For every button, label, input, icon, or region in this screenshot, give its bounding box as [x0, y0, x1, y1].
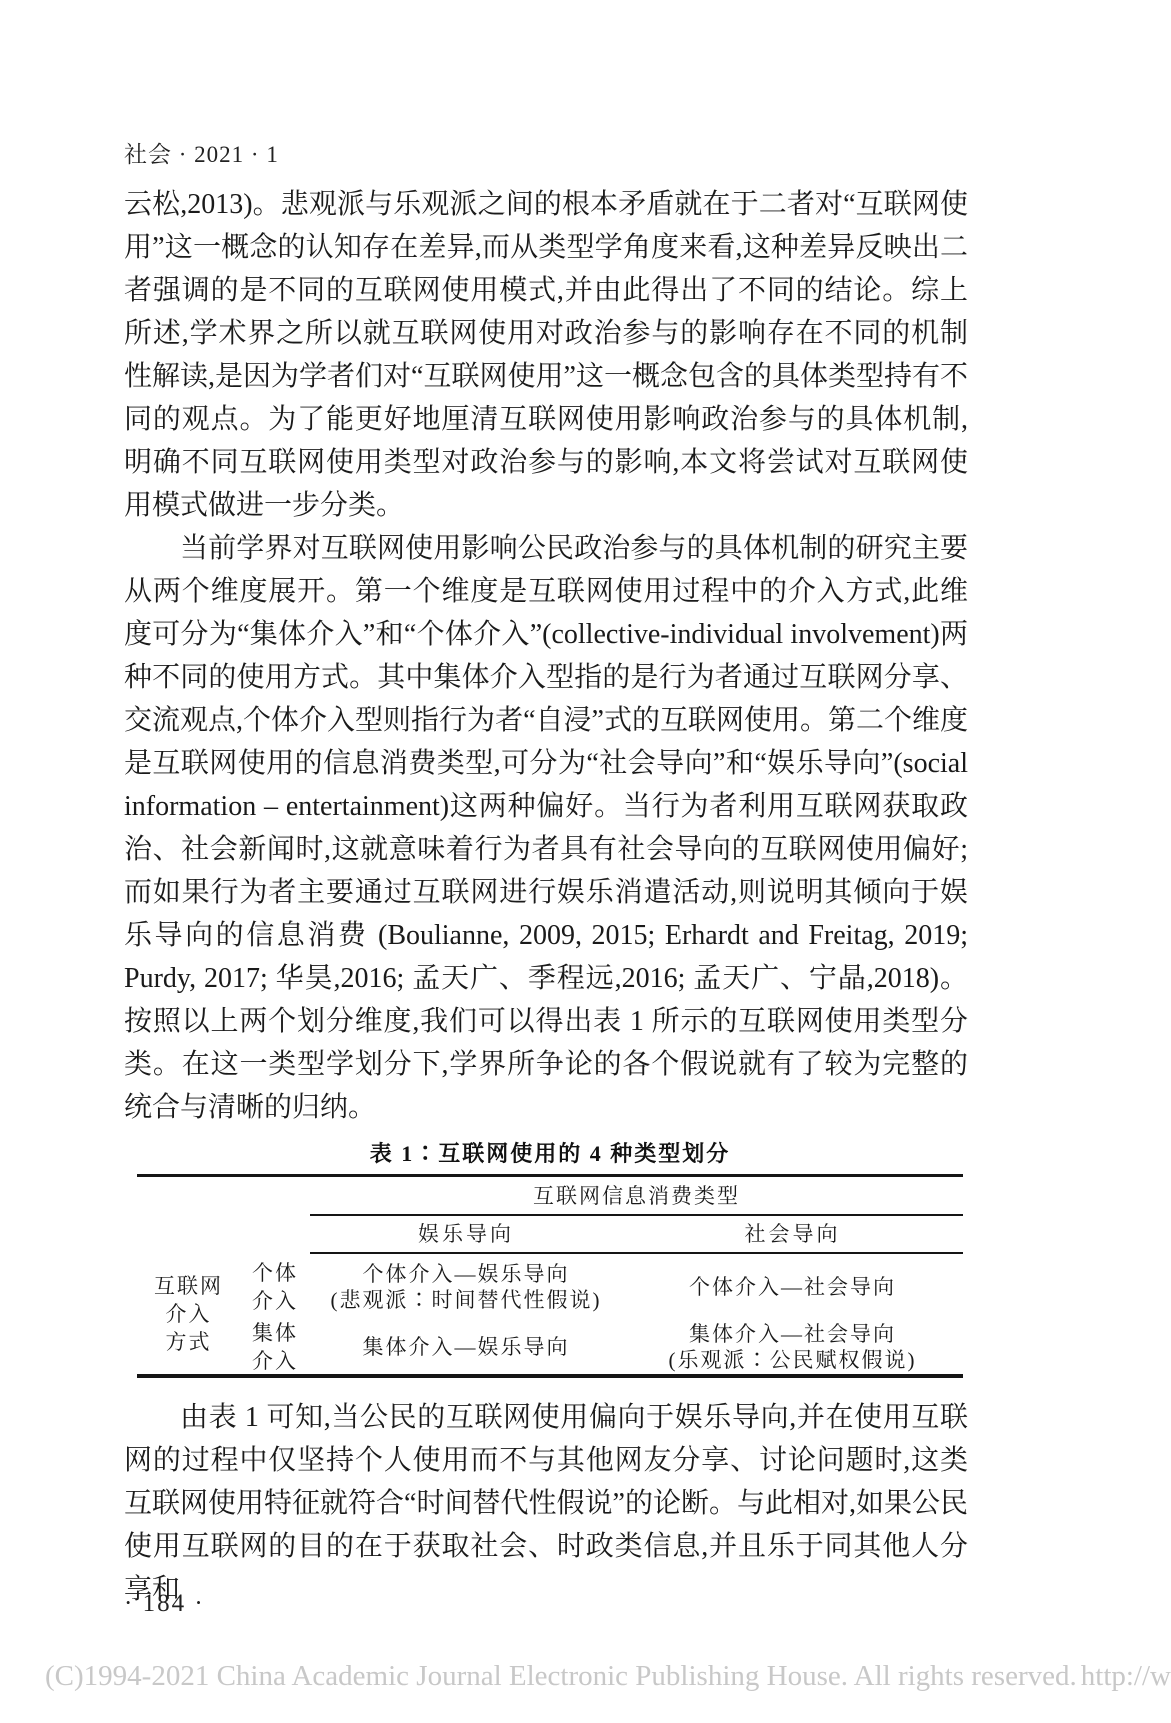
- col-header-entertainment: 娱乐导向: [310, 1216, 622, 1254]
- col-header-social: 社会导向: [622, 1216, 963, 1254]
- table-cell-individual-entertainment: 个体介入—娱乐导向 (悲观派∶时间替代性假说): [310, 1254, 622, 1320]
- cell-type-label: 个体介入—社会导向: [689, 1274, 896, 1300]
- table-cell-collective-social: 集体介入—社会导向 (乐观派∶公民赋权假说): [622, 1320, 963, 1374]
- table-cell-collective-entertainment: 集体介入—娱乐导向: [310, 1320, 622, 1374]
- journal-header: 社会 · 2021 · 1: [124, 136, 279, 169]
- table-cell-individual-social: 个体介入—社会导向: [622, 1254, 963, 1320]
- url-text: http://w: [1081, 1660, 1171, 1693]
- row-header-collective: 集体 介入: [240, 1320, 310, 1374]
- journal-page: 社会 · 2021 · 1 云松,2013)。悲观派与乐观派之间的根本矛盾就在于…: [0, 0, 1171, 1723]
- row-group-header: 互联网 介入 方式: [137, 1254, 240, 1374]
- cell-hypothesis-label: (悲观派∶时间替代性假说): [331, 1287, 602, 1313]
- footer-watermark: (C)1994-2021 China Academic Journal Elec…: [45, 1660, 1171, 1693]
- paragraph-dimensions: 当前学界对互联网使用影响公民政治参与的具体机制的研究主要从两个维度展开。第一个维…: [124, 527, 968, 1129]
- table-column-group-header: 互联网信息消费类型: [310, 1177, 963, 1216]
- paragraph-continued: 云松,2013)。悲观派与乐观派之间的根本矛盾就在于二者对“互联网使用”这一概念…: [124, 183, 968, 527]
- cell-type-label: 个体介入—娱乐导向: [363, 1261, 570, 1287]
- cell-hypothesis-label: (乐观派∶公民赋权假说): [669, 1347, 917, 1373]
- cell-type-label: 集体介入—社会导向: [689, 1321, 896, 1347]
- paragraph-table-discussion: 由表 1 可知,当公民的互联网使用偏向于娱乐导向,并在使用互联网的过程中仅坚持个…: [124, 1396, 968, 1611]
- page-number: · 184 ·: [124, 1590, 205, 1618]
- type-table: 互联网信息消费类型 娱乐导向 社会导向 互联网 介入 方式 个体 介入 集体 介…: [137, 1174, 963, 1378]
- table-title: 表 1∶互联网使用的 4 种类型划分: [137, 1137, 963, 1168]
- body-text-lower: 由表 1 可知,当公民的互联网使用偏向于娱乐导向,并在使用互联网的过程中仅坚持个…: [124, 1396, 968, 1611]
- copyright-text: (C)1994-2021 China Academic Journal Elec…: [45, 1660, 1077, 1693]
- cell-type-label: 集体介入—娱乐导向: [363, 1334, 570, 1360]
- body-text-upper: 云松,2013)。悲观派与乐观派之间的根本矛盾就在于二者对“互联网使用”这一概念…: [124, 183, 968, 1129]
- row-header-individual: 个体 介入: [240, 1254, 310, 1320]
